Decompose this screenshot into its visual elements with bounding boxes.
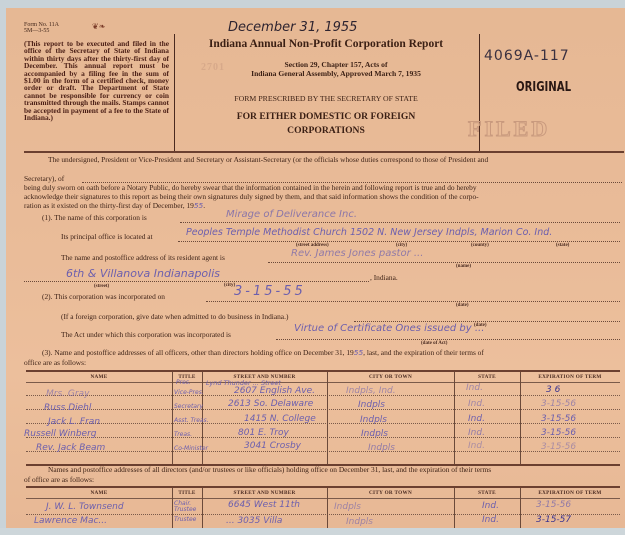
officers-col-divider [172, 372, 173, 464]
statute-reference: Section 29, Chapter 157, Acts of Indiana… [176, 60, 476, 78]
director-1-street: ... 3035 Villa [226, 516, 282, 526]
officers-year-handwritten: 55 [354, 348, 363, 357]
officers-col-city: CITY OR TOWN [327, 374, 454, 380]
officer-5-street: 3041 Crosby [244, 441, 301, 451]
officer-5-name: Rev. Jack Beam [36, 443, 105, 453]
officer-3-city: Indpls [360, 415, 387, 425]
directors-col-street: STREET AND NUMBER [202, 490, 327, 496]
officer-3-name: Jack L. Fran [48, 417, 100, 427]
officer-4-street: 801 E. Troy [238, 428, 289, 438]
director-1-title: Trustee [174, 516, 196, 523]
officers-intro-end: , last, and the expiration of their term… [363, 348, 484, 357]
officer-2-title: Secretary [174, 403, 203, 410]
prescribed-notice: FORM PRESCRIBED BY THE SECRETARY OF STAT… [176, 94, 476, 103]
directors-col-divider [327, 488, 328, 528]
corp-name-value: Mirage of Deliverance Inc. [226, 209, 357, 220]
sub-county: (county) [471, 243, 489, 248]
director-1-name: Lawrence Mac... [34, 516, 107, 526]
section-line-2: Indiana General Assembly, Approved March… [196, 69, 476, 78]
officers-header-rule [26, 382, 620, 383]
agent-street-value: 6th & Villanova Indianapolis [66, 267, 220, 280]
file-number: 4069A-117 [484, 48, 570, 64]
director-0-street: 6645 West 11th [228, 500, 300, 510]
officers-intro-line-2: office are as follows: [24, 358, 86, 368]
resident-agent-line [268, 262, 620, 263]
act-value: Virtue of Certificate Ones issued by ... [294, 323, 484, 334]
scan-background [0, 528, 625, 535]
directors-col-name: NAME [26, 490, 172, 496]
principal-office-line [178, 241, 620, 242]
filing-instructions: (This report to be executed and filed in… [24, 40, 169, 121]
corporation-type-heading: FOR EITHER DOMESTIC OR FOREIGN CORPORATI… [186, 110, 466, 138]
header-rule [24, 151, 624, 153]
officers-col-divider [520, 372, 521, 464]
officer-2-name: Russ Diehl [44, 403, 91, 413]
agent-street-line [24, 281, 369, 282]
director-0-state: Ind. [482, 501, 499, 511]
officer-2-street: 2613 So. Delaware [228, 399, 313, 409]
officer-1-name: Mrs. Gray [46, 389, 89, 399]
officer-4-title: Treas. [174, 431, 192, 438]
officer-3-term: 3-15-56 [541, 414, 576, 424]
sub-date-of-act: (date of Act) [421, 341, 447, 346]
directors-row-line [26, 514, 620, 515]
principal-office-label: Its principal office is located at [61, 232, 153, 242]
director-1-term: 3-15-57 [536, 515, 571, 525]
officer-3-state: Ind. [468, 414, 485, 424]
officer-1-city: Indpls, Ind. [346, 386, 396, 396]
directors-col-state: STATE [454, 490, 520, 496]
officer-1-street: 2607 English Ave. [234, 386, 315, 396]
officers-col-state: STATE [454, 374, 520, 380]
director-0-title: Chair. Trustee [174, 501, 202, 513]
officer-0-title: Pres. [176, 379, 191, 386]
officers-row-line [26, 395, 620, 396]
officers-col-divider [454, 372, 455, 464]
agent-state-suffix: , Indiana. [370, 273, 398, 283]
officer-5-city: Indpls [368, 443, 395, 453]
original-label: ORIGINAL [516, 80, 571, 95]
officer-5-state: Ind. [468, 441, 485, 451]
director-0-name: J. W. L. Townsend [46, 502, 124, 512]
form-number: Form No. 11A 5M—3-55 [24, 22, 59, 34]
officer-2-state: Ind. [468, 399, 485, 409]
officers-row-line [26, 451, 620, 452]
officers-table-top-rule [26, 370, 620, 372]
officers-col-name: NAME [26, 374, 172, 380]
handwritten-date: December 31, 1955 [228, 20, 357, 35]
officer-5-title: Co-Minister [174, 445, 208, 452]
incorporated-line [206, 301, 620, 302]
incorporated-label: (2). This corporation was incorporated o… [42, 292, 165, 302]
sub-state: (state) [556, 243, 569, 248]
document-title: Indiana Annual Non-Profit Corporation Re… [176, 38, 476, 50]
officer-1-term: 3 6 [546, 385, 560, 395]
resident-agent-label: The name and postoffice address of its r… [61, 253, 225, 263]
officers-col-term: EXPIRATION OF TERM [520, 374, 620, 380]
officers-row-line [26, 437, 620, 438]
officer-1-title: Vice-Pres. [174, 389, 204, 396]
officer-1-state: Ind. [466, 383, 483, 393]
directors-col-divider [520, 488, 521, 528]
incorporated-value: 3-15-55 [234, 284, 306, 299]
directors-intro-line-1: Names and postoffice addresses of all di… [48, 465, 491, 475]
officer-3-street: 1415 N. College [244, 414, 316, 424]
act-line [276, 339, 620, 340]
either-line-2: CORPORATIONS [186, 124, 466, 138]
officer-2-city: Indpls [358, 400, 385, 410]
officers-row-line [26, 409, 620, 410]
resident-agent-value: Rev. James Jones pastor ... [291, 248, 423, 259]
officer-2-term: 3-15-56 [541, 399, 576, 409]
foreign-corp-label: (If a foreign corporation, give date whe… [61, 312, 288, 322]
directors-table-top-rule [26, 486, 620, 488]
directors-intro-line-2: of office are as follows: [24, 475, 94, 485]
oath-line-5-text: ration as it existed on the thirty-first… [24, 201, 194, 210]
oath-year-handwritten: 55 [194, 201, 203, 210]
sub-agent-street: (street) [94, 284, 109, 289]
directors-col-divider [172, 488, 173, 528]
principal-office-value: Peoples Temple Methodist Church 1502 N. … [186, 227, 552, 238]
director-1-state: Ind. [482, 515, 499, 525]
officers-intro-line-1: (3). Name and postoffice addresses of al… [42, 348, 484, 358]
officer-4-term: 3-15-56 [541, 428, 576, 438]
ornament-icon: ❦❧ [92, 22, 105, 31]
director-1-city: Indpls [346, 517, 373, 527]
directors-col-city: CITY OR TOWN [327, 490, 454, 496]
header-divider-left [174, 34, 175, 152]
directors-col-divider [202, 488, 203, 528]
director-0-term: 3-15-56 [536, 500, 571, 510]
act-label: The Act under which this corporation was… [61, 330, 231, 340]
officer-5-term: 3-15-56 [541, 442, 576, 452]
officers-col-divider [327, 372, 328, 464]
director-0-city: Indpls [334, 502, 361, 512]
either-line-1: FOR EITHER DOMESTIC OR FOREIGN [186, 110, 466, 124]
section-line-1: Section 29, Chapter 157, Acts of [196, 60, 476, 69]
officers-intro-text: (3). Name and postoffice addresses of al… [42, 348, 354, 357]
directors-header-rule [26, 498, 620, 499]
corp-name-label: (1). The name of this corporation is [42, 213, 147, 223]
directors-col-divider [454, 488, 455, 528]
foreign-corp-line [354, 321, 620, 322]
form-code-text: 5M—3-55 [24, 28, 59, 34]
oath-line-1: The undersigned, President or Vice-Presi… [48, 155, 623, 165]
officer-4-city: Indpls [361, 429, 388, 439]
officer-4-state: Ind. [468, 428, 485, 438]
sub-incorporated-date: (date) [456, 303, 469, 308]
directors-col-title: TITLE [172, 490, 202, 496]
corp-name-line [180, 222, 620, 223]
filed-stamp: FILED [468, 116, 550, 142]
oath-line-5: ration as it existed on the thirty-first… [24, 201, 205, 211]
directors-col-term: EXPIRATION OF TERM [520, 490, 620, 496]
report-form: Form No. 11A 5M—3-55 ❦❧ (This report to … [6, 8, 625, 528]
officer-3-title: Asst. Treas. [174, 417, 209, 424]
sub-agent-name: (name) [456, 264, 471, 269]
officer-4-name: Russell Winberg [24, 429, 97, 439]
officers-row-line [26, 423, 620, 424]
